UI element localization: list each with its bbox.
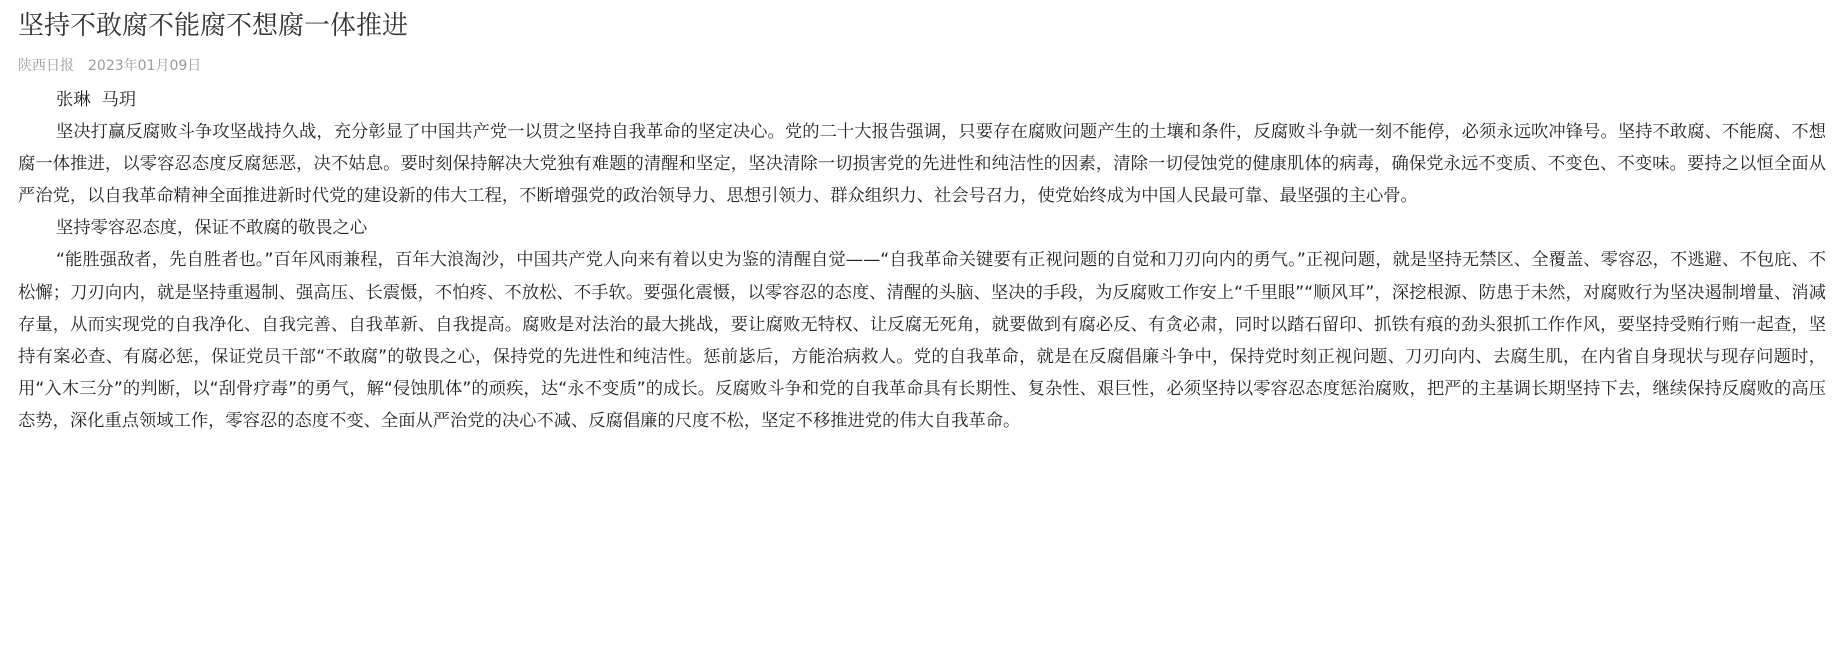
article-date: 2023年01月09日 [88, 58, 201, 74]
article-body: 张琳 马玥 坚决打赢反腐败斗争攻坚战持久战，充分彰显了中国共产党一以贯之坚持自我… [18, 84, 1826, 437]
article-authors: 张琳 马玥 [18, 84, 1826, 116]
section-heading: 坚持零容忍态度，保证不敢腐的敬畏之心 [18, 212, 1826, 244]
article: 坚持不敢腐不能腐不想腐一体推进 陕西日报2023年01月09日 张琳 马玥 坚决… [0, 0, 1844, 437]
article-title: 坚持不敢腐不能腐不想腐一体推进 [18, 0, 1826, 44]
article-paragraph: 坚决打赢反腐败斗争攻坚战持久战，充分彰显了中国共产党一以贯之坚持自我革命的坚定决… [18, 116, 1826, 212]
article-source: 陕西日报 [18, 58, 74, 74]
article-meta: 陕西日报2023年01月09日 [18, 56, 1826, 76]
article-paragraph: “能胜强敌者，先自胜者也。”百年风雨兼程，百年大浪淘沙，中国共产党人向来有着以史… [18, 244, 1826, 437]
